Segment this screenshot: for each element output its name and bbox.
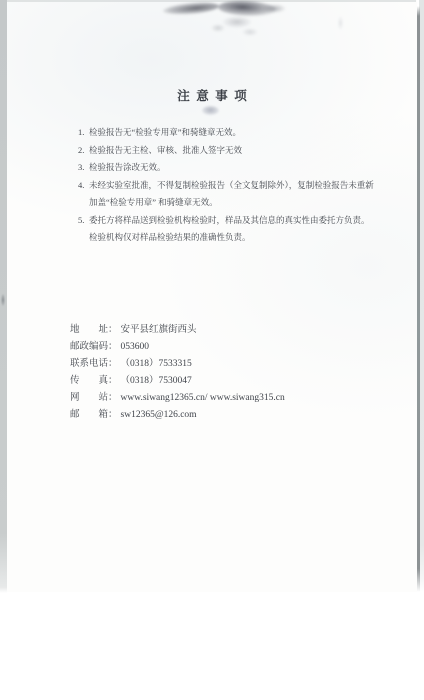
contact-value: （0318）7530047 — [121, 373, 192, 390]
contact-address-row: 地 址： 安平县红旗街西头 — [70, 322, 370, 339]
list-item-text: 委托方将样品送到检验机构检验时，样品及其信息的真实性由委托方负责。 — [89, 212, 375, 230]
contact-label: 联系电话： — [70, 356, 118, 373]
list-item-number: 5. — [78, 212, 89, 247]
contact-label: 网 站： — [70, 390, 118, 407]
contact-value: （0318）7533315 — [121, 356, 192, 373]
contact-fax-row: 传 真： （0318）7530047 — [70, 373, 370, 390]
title-ornament-smudge — [202, 106, 219, 115]
ink-smudge — [211, 24, 225, 32]
contact-value: 安平县红旗街西头 — [121, 322, 197, 339]
list-item-text: 检验报告无“检验专用章”和骑缝章无效。 — [89, 124, 375, 142]
scan-artifact — [1, 294, 5, 306]
list-item-number: 2. — [78, 142, 89, 160]
ink-smudge — [222, 16, 252, 28]
list-item: 1. 检验报告无“检验专用章”和骑缝章无效。 — [78, 124, 378, 142]
list-item: 4. 未经实验室批准，不得复制检验报告（全文复制除外），复制检验报告未重新 加盖… — [78, 177, 378, 212]
list-item: 3. 检验报告涂改无效。 — [78, 159, 378, 177]
ink-smudge — [262, 4, 286, 13]
list-item-text: 未经实验室批准，不得复制检验报告（全文复制除外），复制检验报告未重新 — [89, 177, 375, 195]
contact-value: sw12365@126.com — [121, 407, 197, 424]
scanned-document: 注意事项 1. 检验报告无“检验专用章”和骑缝章无效。 2. 检验报告无主检、审… — [0, 0, 424, 700]
contact-phone-row: 联系电话： （0318）7533315 — [70, 356, 370, 373]
contact-block: 地 址： 安平县红旗街西头 邮政编码： 053600 联系电话： （0318）7… — [70, 322, 370, 424]
contact-website-row: 网 站： www.siwang12365.cn/ www.siwang315.c… — [70, 390, 370, 407]
scanner-edge-top — [7, 0, 416, 2]
list-item-number: 4. — [78, 177, 89, 212]
contact-label: 传 真： — [70, 373, 118, 390]
list-item-text: 检验报告无主检、审核、批准人签字无效 — [89, 142, 375, 160]
page-title: 注意事项 — [0, 86, 424, 104]
list-item-text: 检验报告涂改无效。 — [89, 159, 375, 177]
contact-label: 邮 箱： — [70, 407, 118, 424]
list-item: 2. 检验报告无主检、审核、批准人签字无效 — [78, 142, 378, 160]
list-item-text: 检验机构仅对样品检验结果的准确性负责。 — [89, 229, 375, 247]
contact-value: 053600 — [121, 339, 150, 356]
list-item-number: 1. — [78, 124, 89, 142]
contact-label: 邮政编码： — [70, 339, 118, 356]
list-item: 5. 委托方将样品送到检验机构检验时，样品及其信息的真实性由委托方负责。 检验机… — [78, 212, 378, 247]
contact-label: 地 址： — [70, 322, 118, 339]
list-item-text: 加盖“检验专用章” 和骑缝章无效。 — [89, 194, 375, 212]
contact-email-row: 邮 箱： sw12365@126.com — [70, 407, 370, 424]
notes-list: 1. 检验报告无“检验专用章”和骑缝章无效。 2. 检验报告无主检、审核、批准人… — [78, 124, 378, 247]
ink-smudge — [242, 28, 258, 36]
list-item-number: 3. — [78, 159, 89, 177]
contact-value: www.siwang12365.cn/ www.siwang315.cn — [121, 390, 285, 407]
scan-artifact — [338, 16, 343, 30]
contact-postcode-row: 邮政编码： 053600 — [70, 339, 370, 356]
